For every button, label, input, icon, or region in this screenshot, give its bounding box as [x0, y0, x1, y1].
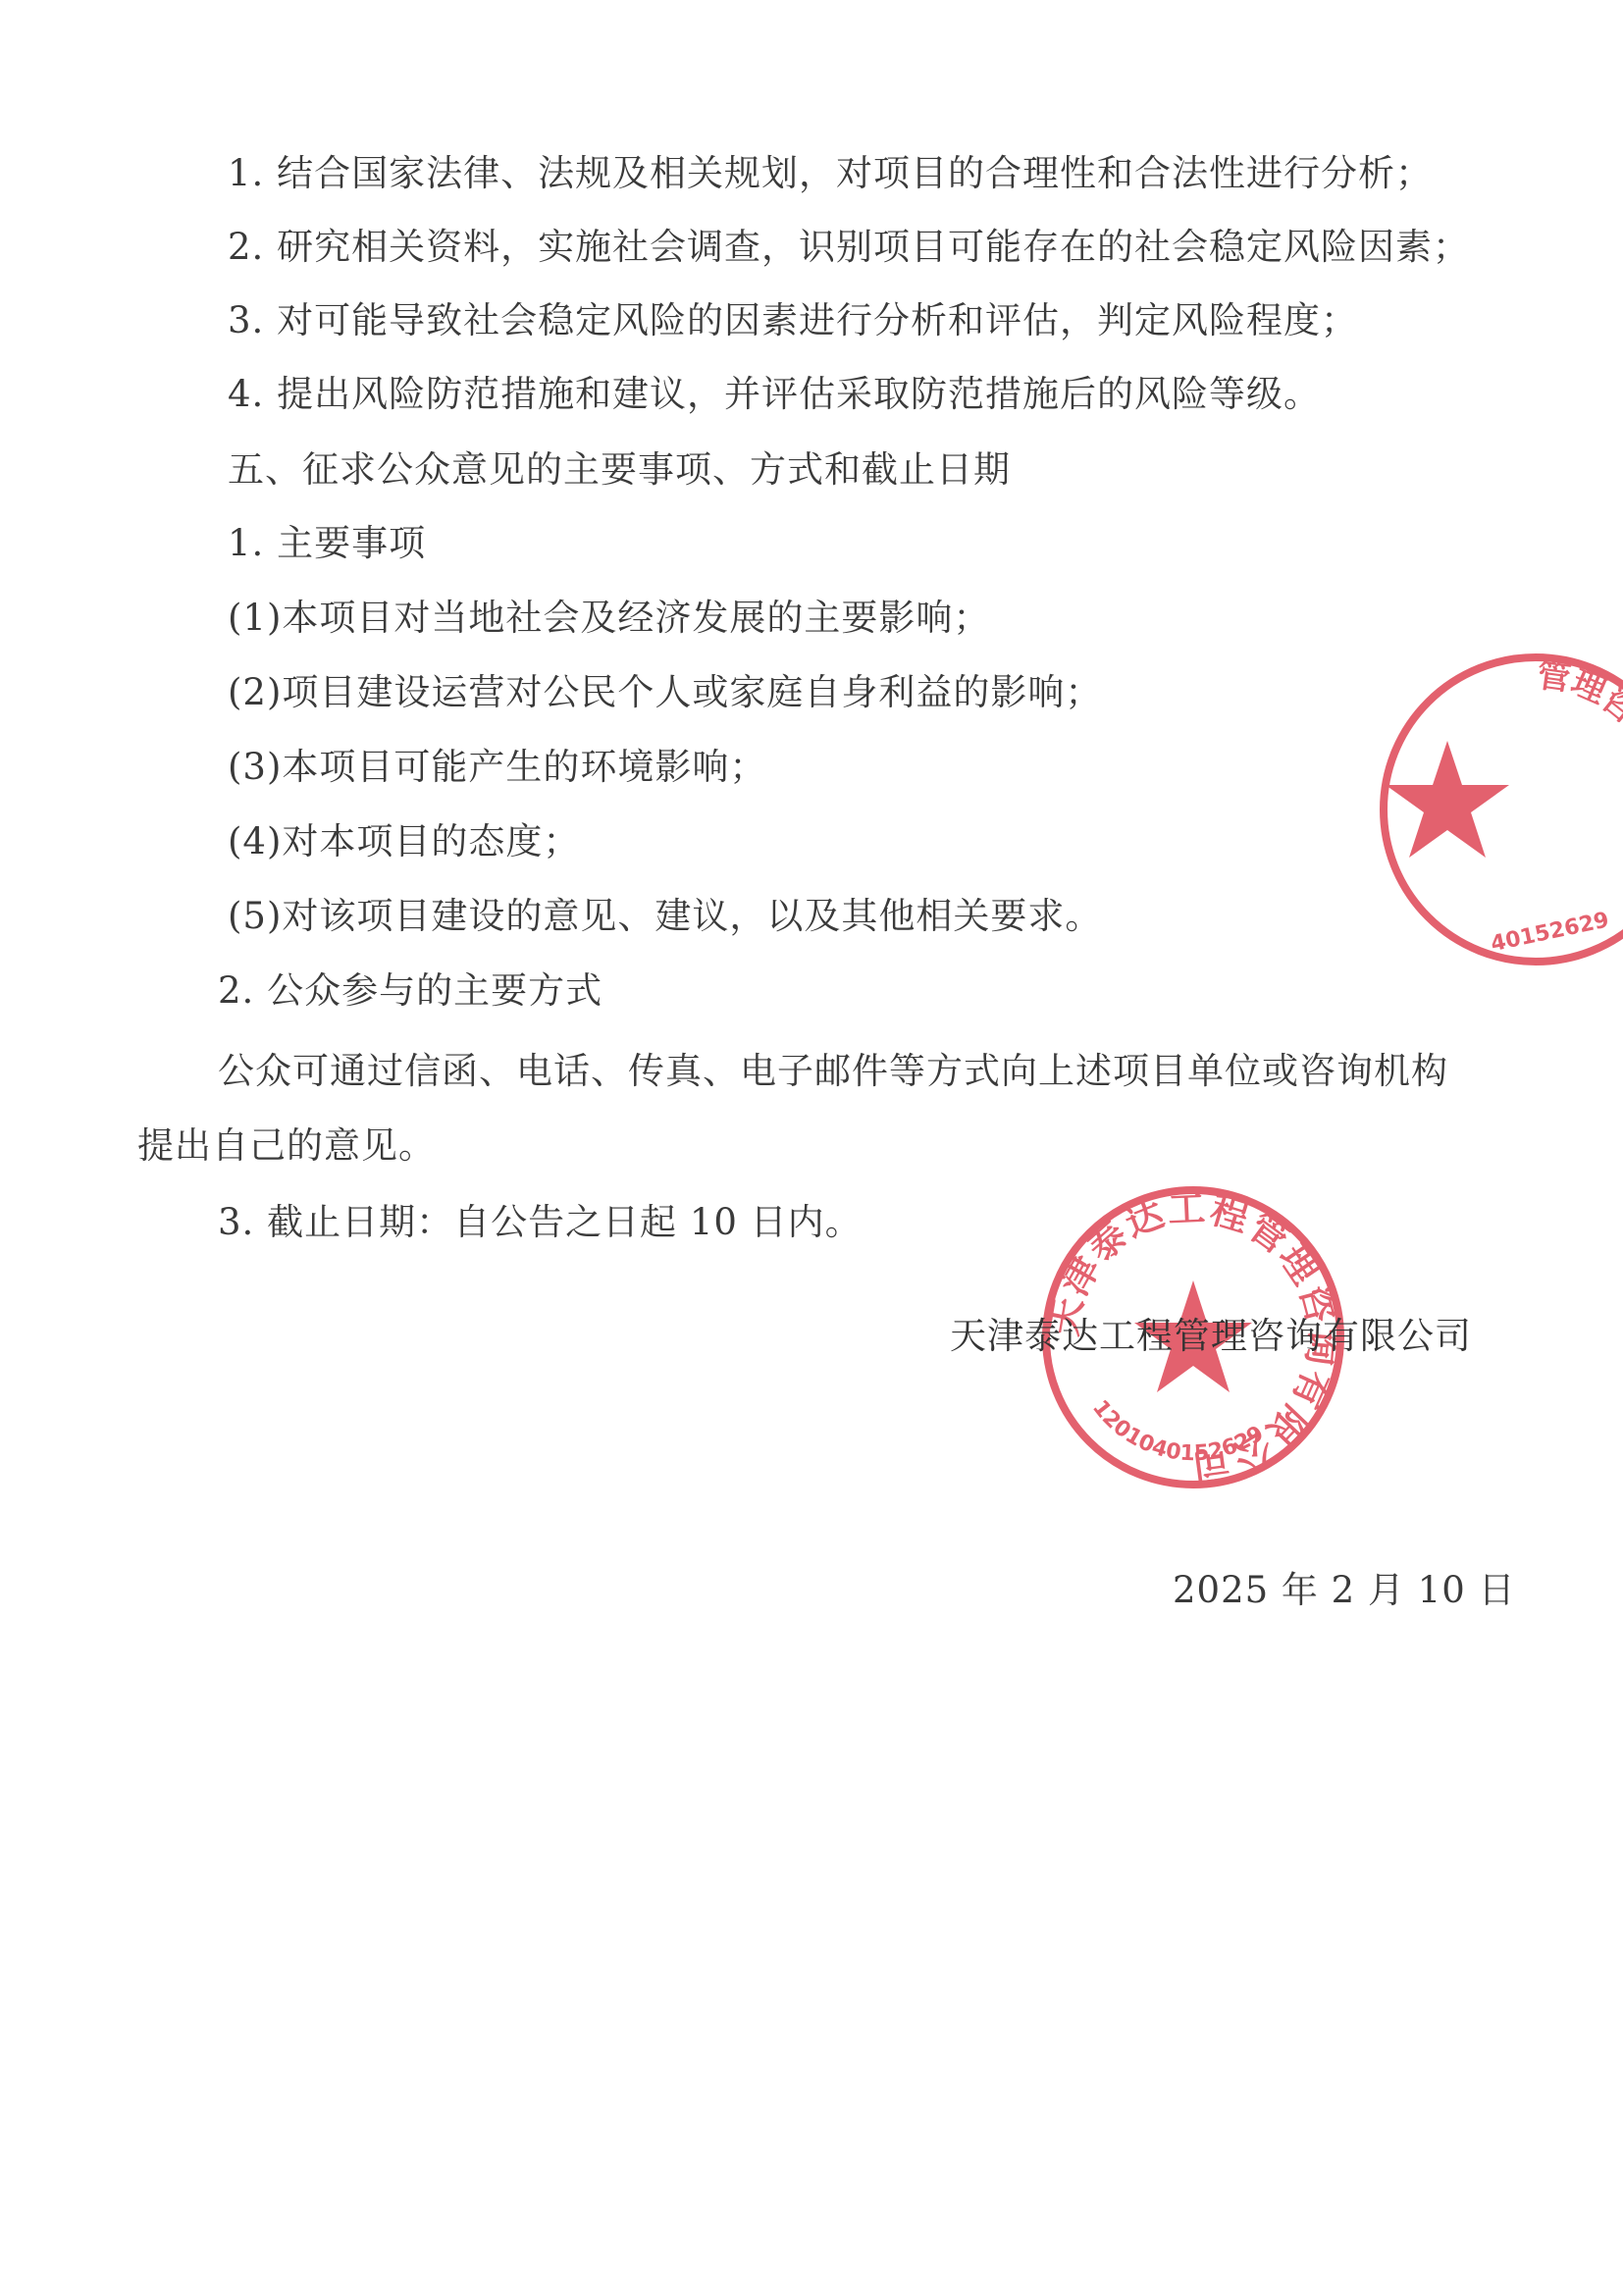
- subsection-2-title: 2. 公众参与的主要方式: [218, 967, 602, 1015]
- matter-item-1: (1)本项目对当地社会及经济发展的主要影响；: [228, 595, 990, 642]
- svg-text:1201040152629: 1201040152629: [1087, 1396, 1269, 1467]
- step-4: 4. 提出风险防范措施和建议，并评估采取防范措施后的风险等级。: [228, 371, 1321, 418]
- step-2: 2. 研究相关资料，实施社会调查，识别项目可能存在的社会稳定风险因素；: [228, 224, 1470, 271]
- section-heading: 五、征求公众意见的主要事项、方式和截止日期: [228, 446, 1011, 494]
- signature-company: 天津泰达工程管理咨询有限公司: [950, 1313, 1472, 1360]
- matter-item-3: (3)本项目可能产生的环境影响；: [228, 744, 766, 791]
- participation-body-line-1: 公众可通过信函、电话、传真、电子邮件等方式向上述项目单位或咨询机构: [218, 1048, 1448, 1095]
- step-1: 1. 结合国家法律、法规及相关规划，对项目的合理性和合法性进行分析；: [228, 150, 1433, 197]
- seal-icon: 管理咨询有限公司 40152629: [1374, 648, 1623, 971]
- matter-item-4: (4)对本项目的态度；: [228, 818, 580, 865]
- matter-item-5: (5)对该项目建设的意见、建议，以及其他相关要求。: [228, 893, 1102, 940]
- deadline: 3. 截止日期：自公告之日起 10 日内。: [218, 1199, 863, 1246]
- subsection-1-title: 1. 主要事项: [228, 520, 426, 567]
- partial-seal-stamp: 管理咨询有限公司 40152629: [1374, 648, 1623, 971]
- svg-text:管理咨询有限公司: 管理咨询有限公司: [1535, 655, 1623, 894]
- participation-body-line-2: 提出自己的意见。: [137, 1122, 436, 1170]
- step-3: 3. 对可能导致社会稳定风险的因素进行分析和评估，判定风险程度；: [228, 297, 1358, 344]
- matter-item-2: (2)项目建设运营对公民个人或家庭自身利益的影响；: [228, 669, 1102, 716]
- signature-date: 2025 年 2 月 10 日: [1173, 1567, 1516, 1614]
- document-page: 1. 结合国家法律、法规及相关规划，对项目的合理性和合法性进行分析； 2. 研究…: [0, 0, 1623, 2296]
